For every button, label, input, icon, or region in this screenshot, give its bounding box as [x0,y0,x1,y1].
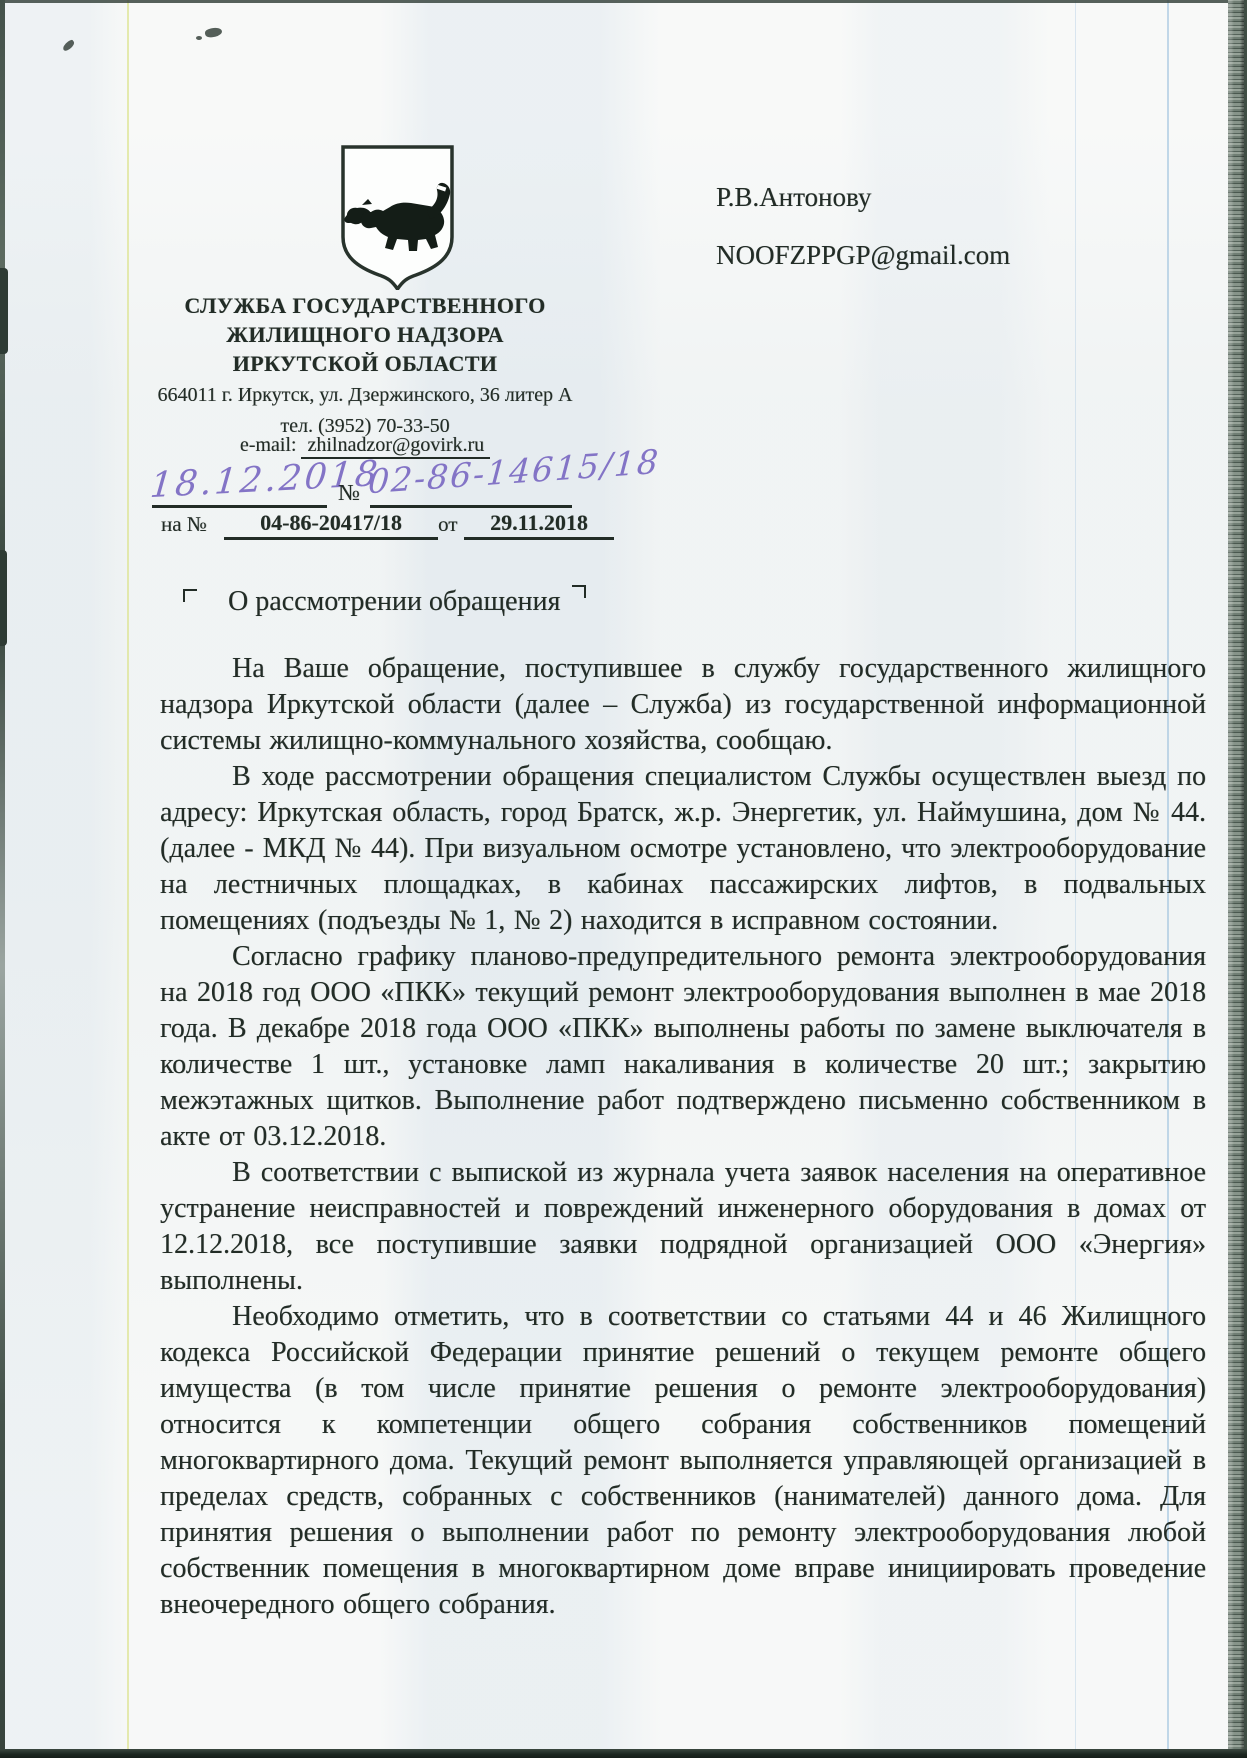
scan-edge-blob [0,550,7,646]
ink-speck [204,26,222,38]
ink-speck [196,36,202,40]
org-name: СЛУЖБА ГОСУДАРСТВЕННОГОЖИЛИЩНОГО НАДЗОРА… [135,291,595,378]
scan-edge-left [0,0,5,1758]
incoming-number: 04-86-20417/18 [224,510,438,536]
incoming-number-underline [224,537,438,540]
number-underline [370,505,572,508]
org-address: 664011 г. Иркутск, ул. Дзержинского, 36 … [110,384,620,407]
org-name-line: СЛУЖБА ГОСУДАРСТВЕННОГО [135,291,595,320]
org-name-line: ЖИЛИЩНОГО НАДЗОРА [135,320,595,349]
scan-edge-top [0,0,1247,3]
subject-line: О рассмотрении обращения [228,586,560,618]
address-zone-corner-mark-right [572,585,586,598]
in-reply-label: на № [161,512,207,537]
body-paragraph: Необходимо отметить, что в соответствии … [160,1299,1206,1623]
incoming-date-underline [464,537,614,540]
scan-edge-blob [0,268,8,354]
address-zone-corner-mark-left [183,589,197,602]
body-paragraph: На Ваше обращение, поступившее в службу … [160,651,1206,759]
scan-edge-bottom [0,1749,1247,1758]
recipient-name: Р.В.Антонову [716,182,871,213]
scan-edge-right-texture [1228,0,1247,1758]
scan-yellow-line [127,0,129,1758]
number-sign: № [338,480,360,506]
of-date-label: от [438,512,457,537]
body-paragraph: В ходе рассмотрении обращения специалист… [160,759,1206,939]
irkutsk-coat-of-arms-icon [335,142,460,290]
body-paragraph: Согласно графику планово-предупредительн… [160,939,1206,1155]
body-paragraph: В соответствии с выпиской из журнала уче… [160,1155,1206,1299]
incoming-date: 29.11.2018 [464,510,614,536]
ink-speck [61,39,76,52]
date-underline [152,505,327,508]
email-label: e-mail: [240,434,297,456]
recipient-email: NOOFZPPGP@gmail.com [716,240,1010,271]
org-name-line: ИРКУТСКОЙ ОБЛАСТИ [135,349,595,378]
scanned-letter-page: СЛУЖБА ГОСУДАРСТВЕННОГОЖИЛИЩНОГО НАДЗОРА… [0,0,1247,1758]
letter-body: На Ваше обращение, поступившее в службу … [160,651,1206,1623]
